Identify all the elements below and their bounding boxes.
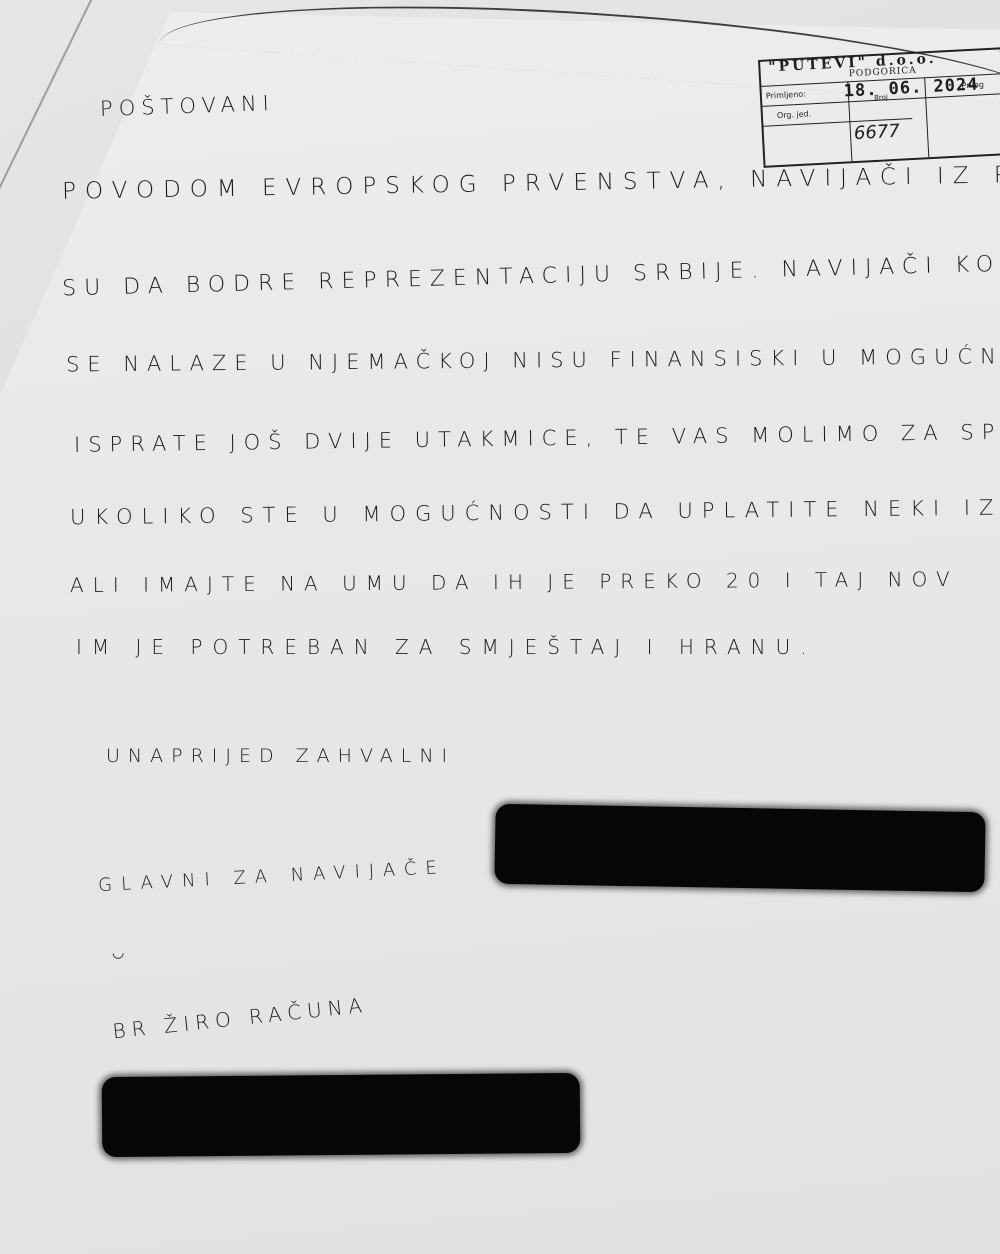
letter-closing: UNAPRIJED ZAHVALNI: [106, 745, 455, 767]
stamp-attachment-label: Prilog: [961, 80, 984, 90]
stamp-number-value: 6677: [853, 121, 900, 144]
letter-line-7: IM JE POTREBAN ZA SMJEŠTAJ I HRANU.: [76, 635, 817, 659]
stamp-org-label: Org. jed.: [777, 109, 812, 120]
stamp-number-label: Broj: [874, 93, 888, 102]
stamp-date: 18. 06. 2024: [843, 75, 979, 102]
stamp-received-label: Primljeno:: [766, 90, 806, 101]
smile-mark: ◡: [112, 945, 124, 961]
received-stamp: "PUTEVI" d.o.o. PODGORICA Primljeno: 18.…: [758, 47, 1000, 168]
redacted-signature: [494, 804, 985, 893]
redacted-account-number: [102, 1073, 581, 1157]
